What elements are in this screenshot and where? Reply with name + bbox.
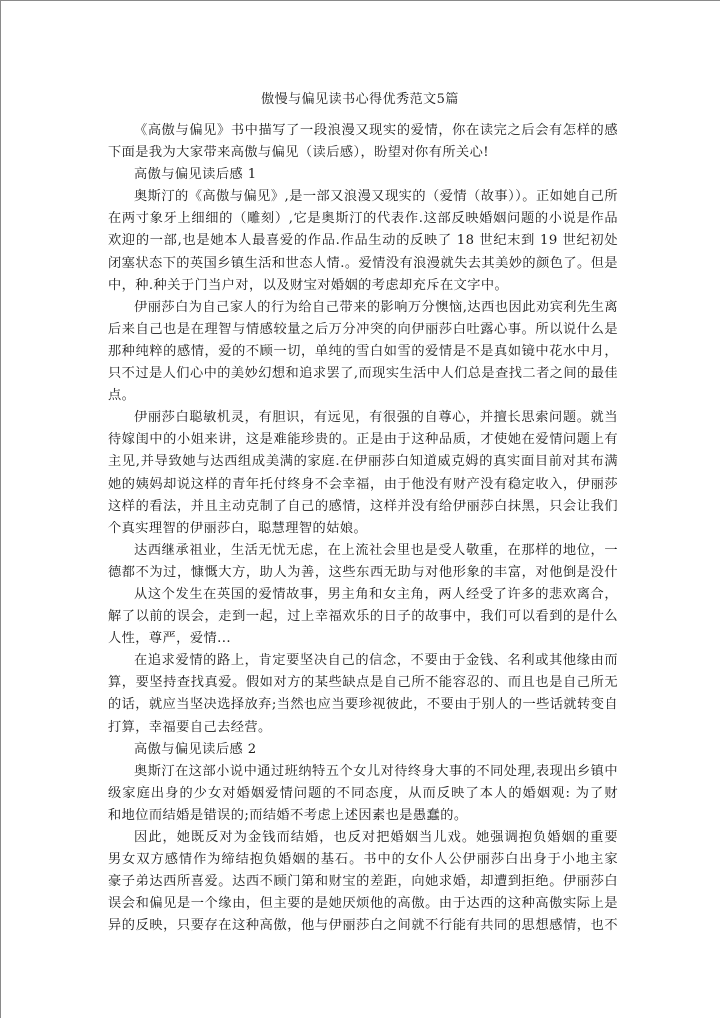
text-line: 因此，她既反对为金钱而结婚，也反对把婚姻当儿戏。她强调抱负婚姻的重要性，并把 [108,827,618,849]
text-line: 误会和偏见是一个缘由，但主要的是她厌烦他的高傲。由于达西的这种高傲实际上是地位差 [108,893,618,915]
text-line: 点。 [108,385,618,407]
text-line: 她的姨妈却说这样的青年托付终身不会幸福，由于他没有财产没有稳定收入，伊丽莎白接受 [108,474,618,496]
text-line: 从这个发生在英国的爱情故事，男主角和女主角，两人经受了许多的悲欢离合，最终排 [108,584,618,606]
text-line: 算，要坚持查找真爱。假如对方的某些缺点是自己所不能容忍的、而且也是自己所无法转变 [108,672,618,694]
text-line: 的话，就应当坚决选择放弃;当然也应当要珍视彼此，不要由于别人的一些话就转变自己的 [108,694,618,716]
text-line: 后来自己也是在理智与情感较量之后万分冲突的向伊丽莎白吐露心事。所以说什么是爱情? [108,319,618,341]
text-line: 在两寸象牙上细细的（雕刻）,它是奥斯汀的代表作.这部反映婚姻问题的小说是作品中最… [108,208,618,230]
text-line: 级家庭出身的少女对婚姻爱情问题的不同态度，从而反映了本人的婚姻观: 为了财产、金… [108,783,618,805]
text-line: 奥斯汀的《高傲与偏见》,是一部又浪漫又现实的（爱情（故事））。正如她自己所说,是 [108,186,618,208]
text-line: 男女双方感情作为缔结抱负婚姻的基石。书中的女仆人公伊丽莎白出身于小地主家庭，为富 [108,849,618,871]
section-heading-2: 高傲与偏见读后感 2 [108,739,618,761]
text-line: 个真实理智的伊丽莎白，聪慧理智的姑娘。 [108,518,618,540]
text-line: 伊丽莎白为自己家人的行为给自己带来的影响万分懊恼,达西也因此劝宾利先生离开简, [108,297,618,319]
text-line: 主见,并导致她与达西组成美满的家庭.在伊丽莎白知道威克姆的真实面目前对其布满好感… [108,451,618,473]
page-border-left [0,0,1,1018]
document-title: 傲慢与偏见读书心得优秀范文5篇 [0,90,720,110]
text-line: 闭塞状态下的英国乡镇生活和世态人情.。爱情没有浪漫就失去其美妙的颜色了。但是小说 [108,253,618,275]
text-line: 人性，尊严，爱情... [108,628,618,650]
text-line: 下面是我为大家带来高傲与偏见（读后感），盼望对你有所关心! [108,142,618,164]
text-line: 达西继承祖业，生活无忧无虑，在上流社会里也是受人敬重，在那样的地位，一切的美 [108,540,618,562]
text-line: 那种纯粹的感情，爱的不顾一切，单纯的雪白如雪的爱情是不是真如镜中花水中月，是不是 [108,341,618,363]
text-line: 中，种.种关于门当户对，以及财宝对婚姻的考虑却充斥在文字中。 [108,275,618,297]
text-line: 伊丽莎白聪敏机灵，有胆识，有远见，有很强的自尊心，并擅长思索问题。就当时一个 [108,407,618,429]
page-border-top [0,0,720,1]
text-line: 在追求爱情的路上，肯定要坚决自己的信念，不要由于金钱、名利或其他缘由而草草打 [108,650,618,672]
text-line: 异的反映，只要存在这种高傲，他与伊丽莎白之间就不行能有共同的思想感情，也不行能有 [108,915,618,937]
text-line: 德都不为过，慷慨大方，助人为善，这些东西无助与对他形象的丰富，对他倒是没什么评价… [108,562,618,584]
section-heading-1: 高傲与偏见读后感 1 [108,164,618,186]
text-line: 豪子弟达西所喜爱。达西不顾门第和财宝的差距，向她求婚，却遭到拒绝。伊丽莎白对他的 [108,871,618,893]
text-line: 欢迎的一部,也是她本人最喜爱的作品.作品生动的反映了 18 世纪末到 19 世纪… [108,230,618,252]
text-line: 《高傲与偏见》书中描写了一段浪漫又现实的爱情，你在读完之后会有怎样的感想呢? [108,120,618,142]
text-line: 待嫁闺中的小姐来讲，这是难能珍贵的。正是由于这种品质，才使她在爱情问题上有独立的 [108,429,618,451]
text-line: 只不过是人们心中的美妙幻想和追求罢了,而现实生活中人们总是查找二者之间的最佳平衡 [108,363,618,385]
document-body: 《高傲与偏见》书中描写了一段浪漫又现实的爱情，你在读完之后会有怎样的感想呢? 下… [108,120,618,937]
text-line: 和地位而结婚是错误的;而结婚不考虑上述因素也是愚蠢的。 [108,805,618,827]
text-line: 解了以前的误会，走到一起，过上幸福欢乐的日子的故事中，我们可以看到的是什么呢?-… [108,606,618,628]
text-line: 打算，幸福要自己去经营。 [108,717,618,739]
text-line: 这样的看法，并且主动克制了自己的感情，这样并没有给伊丽莎白抹黑，只会让我们看到一 [108,496,618,518]
text-line: 奥斯汀在这部小说中通过班纳特五个女儿对待终身大事的不同处理,表现出乡镇中产阶 [108,761,618,783]
